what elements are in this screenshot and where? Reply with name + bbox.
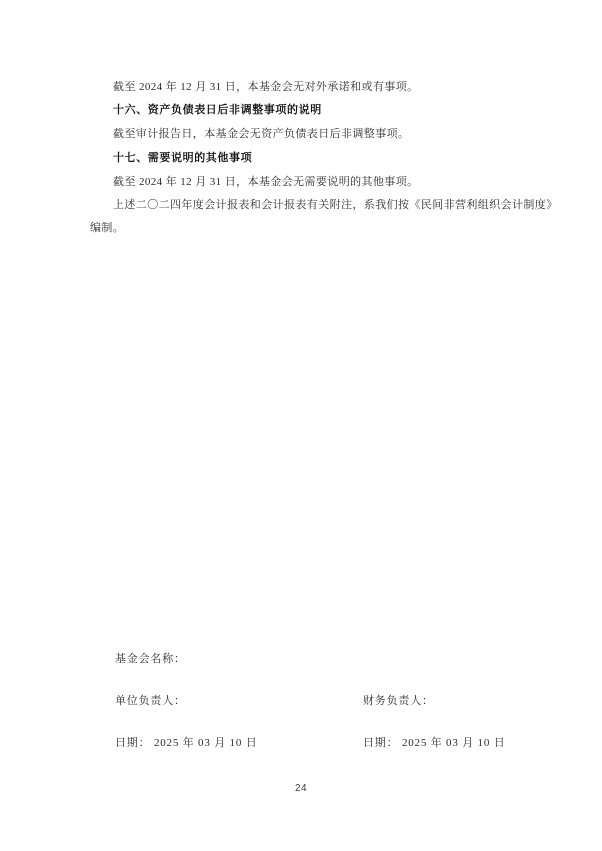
unit-head-label: 单位负责人：: [115, 694, 186, 708]
paragraph-section-16-note: 截至审计报告日，本基金会无资产负债表日后非调整事项。: [113, 127, 409, 141]
section-17-heading: 十七、需要说明的其他事项: [113, 151, 252, 165]
paragraph-commitment-note: 截至 2024 年 12 月 31 日，本基金会无对外承诺和或有事项。: [113, 80, 419, 94]
finance-head-label: 财务负责人：: [363, 694, 434, 708]
paragraph-closing-line-2: 编制。: [90, 221, 124, 235]
paragraph-closing-line-1: 上述二〇二四年度会计报表和会计报表有关附注，系我们按《民间非营利组织会计制度》: [113, 198, 558, 212]
date-left: 日期： 2025 年 03 月 10 日: [115, 736, 258, 750]
foundation-name-label: 基金会名称：: [115, 652, 186, 666]
report-page: 截至 2024 年 12 月 31 日，本基金会无对外承诺和或有事项。 十六、资…: [0, 0, 602, 851]
paragraph-section-17-note: 截至 2024 年 12 月 31 日，本基金会无需要说明的其他事项。: [113, 175, 419, 189]
page-number: 24: [0, 783, 602, 794]
section-16-heading: 十六、资产负债表日后非调整事项的说明: [113, 103, 322, 117]
date-right: 日期： 2025 年 03 月 10 日: [363, 736, 506, 750]
